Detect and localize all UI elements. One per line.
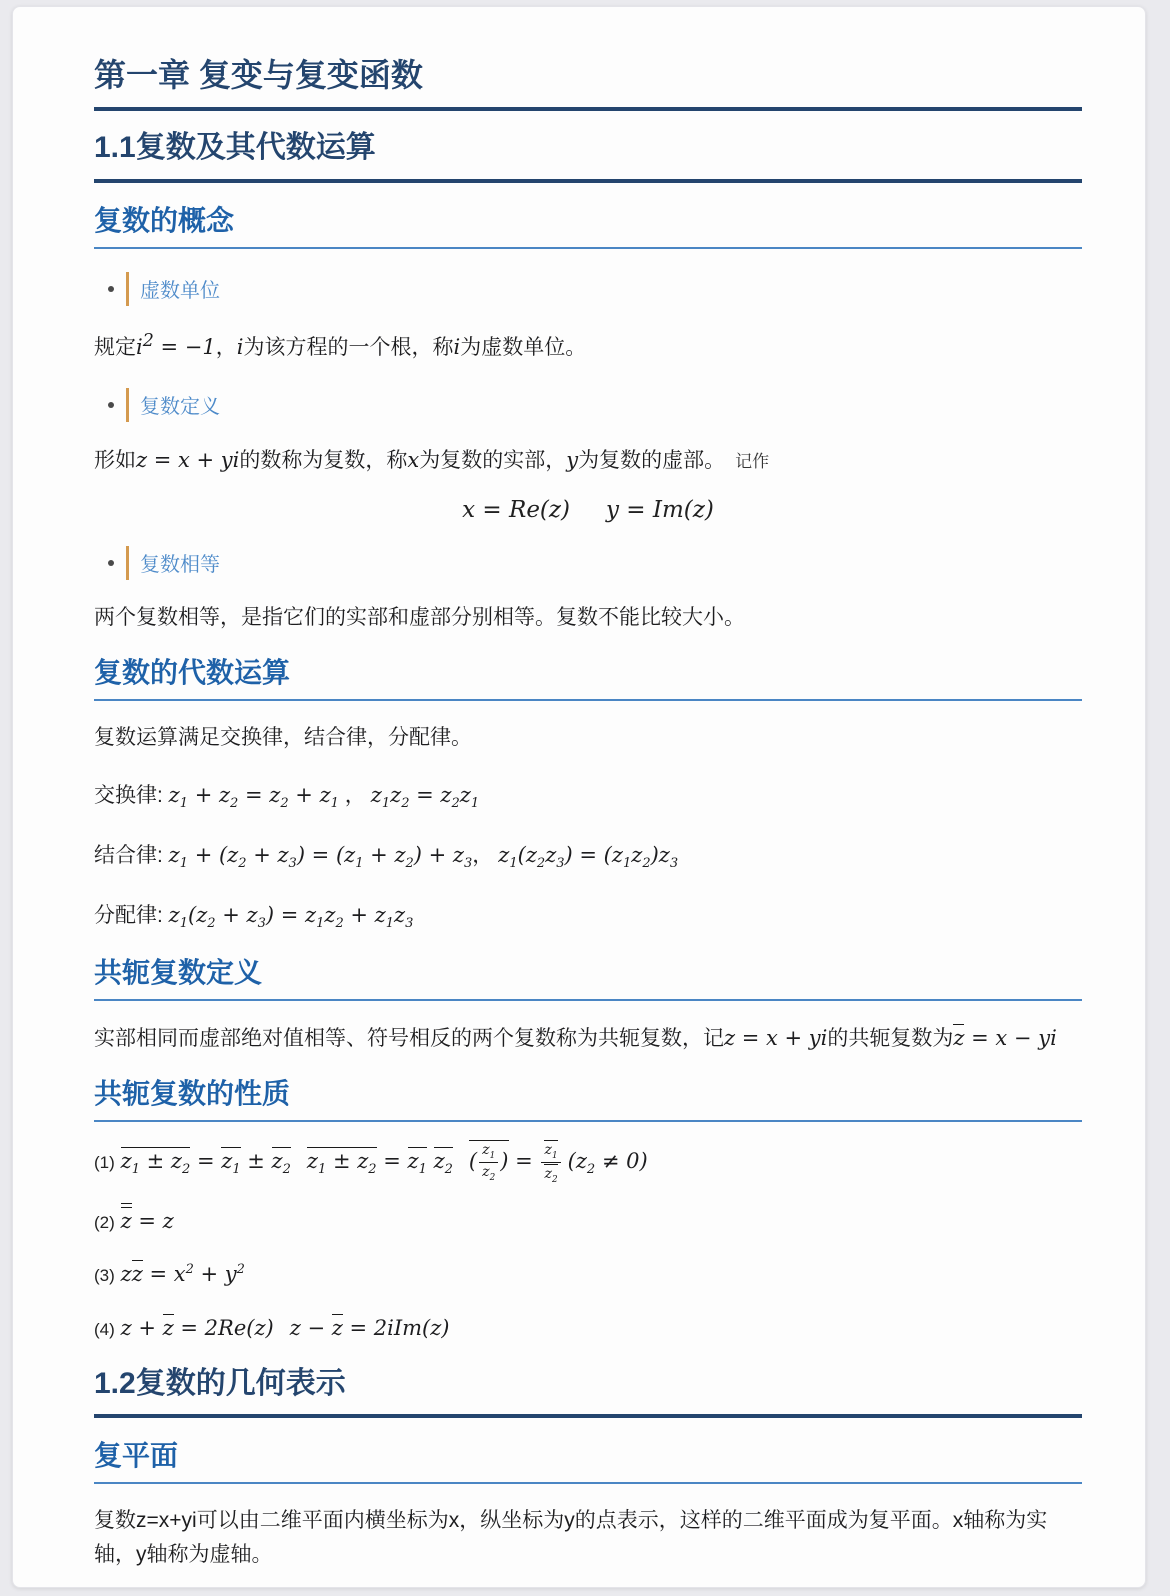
chapter-heading: 第一章 复变与复变函数 xyxy=(94,55,1082,111)
list-item-complex-definition: 复数定义 xyxy=(108,387,1082,423)
formula-conjugate-property-4: (4) z + z = 2Re(z)z − z = 2iIm(z) xyxy=(94,1311,1082,1347)
paragraph-complex-definition: 形如z = x + yi的数称为复数，称x为复数的实部，y为复数的虚部。记作 xyxy=(94,443,1082,478)
bullet-dot-icon xyxy=(108,402,114,408)
bullet-dot-icon xyxy=(108,286,114,292)
formula-distributive-law: 分配律: z1(z2 + z3) = z1z2 + z1z3 xyxy=(94,899,1082,935)
paragraph-conjugate-definition: 实部相同而虚部绝对值相等、符号相反的两个复数称为共轭复数，记z = x + yi… xyxy=(94,1021,1082,1056)
subsection-heading-algebra: 复数的代数运算 xyxy=(94,655,1082,701)
bullet-label: 虚数单位 xyxy=(140,274,220,303)
formula-commutative-law: 交换律: z1 + z2 = z2 + z1 ，z1z2 = z2z1 xyxy=(94,779,1082,815)
quote-bar xyxy=(126,388,129,422)
formula-conjugate-property-1: (1) z1 ± z2 = z1 ± z2z1 ± z2 = z1 z2(z1z… xyxy=(94,1140,1082,1185)
bullet-label: 复数相等 xyxy=(140,548,220,577)
formula-conjugate-property-2: (2) z = z xyxy=(94,1203,1082,1240)
document-page: 第一章 复变与复变函数 1.1复数及其代数运算 复数的概念 虚数单位 规定i2 … xyxy=(12,6,1146,1588)
section-heading-1-1: 1.1复数及其代数运算 xyxy=(94,129,1082,183)
list-item-imaginary-unit: 虚数单位 xyxy=(108,271,1082,307)
formula-associative-law: 结合律: z1 + (z2 + z3) = (z1 + z2) + z3，z1(… xyxy=(94,839,1082,875)
paragraph-complex-plane: 复数z=x+yi可以由二维平面内横坐标为x，纵坐标为y的点表示，这样的二维平面成… xyxy=(94,1504,1082,1572)
paragraph-complex-equality: 两个复数相等，是指它们的实部和虚部分别相等。复数不能比较大小。 xyxy=(94,601,1082,635)
section-heading-1-2: 1.2复数的几何表示 xyxy=(94,1365,1082,1419)
quote-bar xyxy=(126,546,129,580)
bullet-label: 复数定义 xyxy=(140,390,220,419)
subsection-heading-conjugate-definition: 共轭复数定义 xyxy=(94,955,1082,1001)
subsection-heading-complex-plane: 复平面 xyxy=(94,1438,1082,1484)
bullet-dot-icon xyxy=(108,560,114,566)
quote-bar xyxy=(126,272,129,306)
subsection-heading-concept: 复数的概念 xyxy=(94,203,1082,249)
formula-conjugate-property-3: (3) zz = x2 + y2 xyxy=(94,1257,1082,1293)
formula-re-im: x = Re(z)y = Im(z) xyxy=(94,496,1082,523)
paragraph-imaginary-unit: 规定i2 = −1，i为该方程的一个根，称i为虚数单位。 xyxy=(94,327,1082,365)
list-item-complex-equality: 复数相等 xyxy=(108,545,1082,581)
paragraph-algebra-intro: 复数运算满足交换律，结合律，分配律。 xyxy=(94,721,1082,755)
subsection-heading-conjugate-properties: 共轭复数的性质 xyxy=(94,1076,1082,1122)
